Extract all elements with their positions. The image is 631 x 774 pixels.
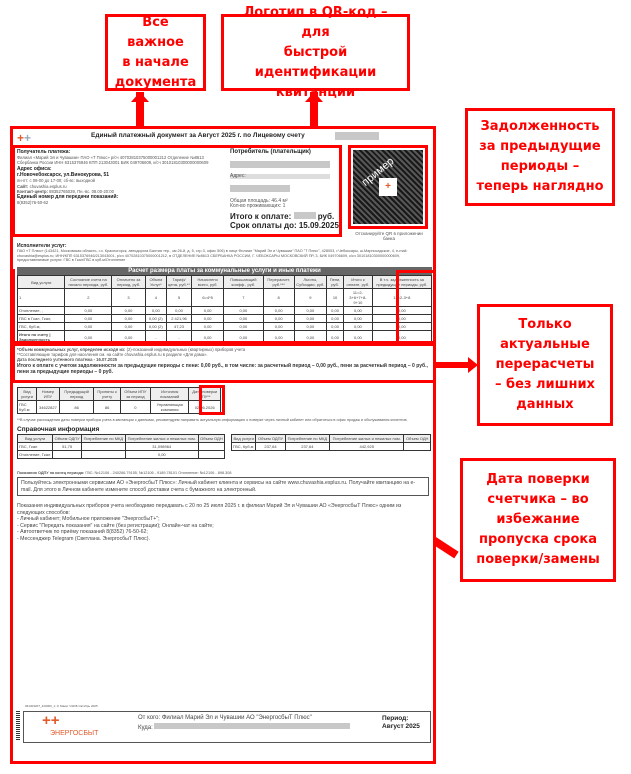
meter-header-row: Вид услугиНомер ИПУПредыдущий периодПрин… [18, 388, 221, 401]
table-row-cell: 31,098964 [125, 443, 198, 451]
consumer-name [230, 161, 330, 168]
footer-period-label: Период: [382, 715, 408, 722]
consumer-label: Потребитель (плательщик) [230, 149, 340, 155]
ref-header-row-cell: Объем ОДПУ [53, 435, 82, 443]
arrow-head-recalc [468, 357, 478, 373]
footer-period: Август 2025 [382, 723, 420, 730]
meter-row-cell: 0 [120, 401, 150, 414]
ref-header-row-cell: Вид услуги [232, 435, 256, 443]
meter-row-cell: ГВС Куб.м [18, 401, 37, 414]
footer-box: ++ ЭНЕРГОСБЫТ От кого: Филиал Марий Эл и… [23, 711, 431, 743]
single-number: 8(8352)76-50-62 [17, 200, 217, 205]
footer-to-address [154, 723, 350, 729]
ref-header-row-cell: Потребление по МКД [285, 435, 329, 443]
ref-header-row-cell: Объем ОДН [198, 435, 224, 443]
ref-header-row-cell: Потребление жилых и нежилых пом. [125, 435, 198, 443]
footer-brand: ЭНЕРГОСБЫТ [50, 730, 98, 737]
meter-row: ГВС Куб.м3462282786860Управляющая компан… [18, 401, 221, 414]
total-label: Итого к оплате: [230, 212, 291, 221]
meter-header-row-cell: Источник показаний [150, 388, 188, 401]
meter-note: **В случае расхождения даты поверки приб… [17, 418, 429, 423]
promo-box: Пользуйтесь электронными сервисами АО «Э… [17, 477, 429, 496]
reference-table-right: Вид услугиОбъем ОДПУПотребление по МКДПо… [231, 434, 431, 451]
logo-icon: ++ [17, 131, 31, 145]
callout-debt: Задолженность за предыдущие периоды – те… [465, 108, 615, 206]
table-row-cell [404, 443, 431, 451]
callout-qr-logo: Логотип в QR-код – для быстрой идентифик… [221, 14, 410, 91]
table-row-cell: 237,64 [285, 443, 329, 451]
bill-document: ++ Единый платежный документ за Август 2… [10, 126, 436, 764]
meter-header-row-cell: Номер ИПУ [37, 388, 60, 401]
account-number [335, 132, 379, 140]
meter-header-row-cell: Предыдущий период [59, 388, 94, 401]
arrow-head-up-mid [305, 92, 323, 102]
ref-header-row-cell: Вид услуги [18, 435, 53, 443]
table-row-cell: ГВС, Гкал [18, 443, 53, 451]
meter-row-cell: 86 [94, 401, 120, 414]
table-row-cell [198, 443, 224, 451]
ref-header-row: Вид услугиОбъем ОДПУПотребление по МКДПо… [18, 435, 225, 443]
instruction-item: - Мессенджер Telegram (Светлана. Энергос… [17, 536, 429, 543]
qr-code[interactable]: + пример [353, 150, 423, 224]
residents-count: Кол-во проживающих: 1 [230, 204, 340, 209]
meter-header-row-cell: Вид услуги [18, 388, 37, 401]
table-row-cell: ГВС, Куб.м [232, 443, 256, 451]
table-row: Отопление, Гкал0,00 [18, 451, 225, 459]
ref-header-row-cell: Потребление по МКД [82, 435, 126, 443]
table-row-cell: 51,75 [53, 443, 82, 451]
table-row-cell [82, 451, 126, 459]
footer-code: 061303207_420000_1; 0; Макет ЧЭСБ Октябр… [25, 704, 98, 709]
qr-caption: Отсканируйте QR в приложении банка [353, 231, 425, 241]
qr-logo-icon: + [379, 178, 397, 196]
callout-verification: Дата поверки счетчика – во избежание про… [460, 458, 616, 582]
reference-title: Справочная информация [17, 426, 99, 433]
callout-recalc: Только актуальные перерасчеты – без лишн… [477, 304, 613, 426]
verification-highlight [199, 385, 225, 415]
instructions-intro: Показания индивидуальных приборов учета … [17, 503, 429, 516]
callout-important-first: Всё важное в начале документа [105, 14, 206, 91]
table-row: ГВС, Куб.м237,64237,64442,925 [232, 443, 431, 451]
total-amount [294, 212, 316, 219]
consumer-block: Потребитель (плательщик) Адрес: Общая пл… [230, 149, 340, 230]
odpu-readings: Показания ОДПУ на конец периода: ГВС: №1… [17, 471, 231, 476]
meter-row-cell: 34622827 [37, 401, 60, 414]
arrow-head-up-left [131, 92, 149, 102]
address-label: Адрес: [230, 174, 330, 179]
ref-header-row-cell: Объем ОДПУ [256, 435, 285, 443]
notes-block: *Объем коммунальных услуг, определен исх… [17, 347, 429, 376]
meter-row-cell: Управляющая компания [150, 401, 188, 414]
barcode [16, 711, 20, 741]
ref-header-row: Вид услугиОбъем ОДПУПотребление по МКДПо… [232, 435, 431, 443]
recipient-block: Получатель платежа: Филиал «Марий Эл и Ч… [17, 149, 217, 205]
calc-highlight [12, 269, 436, 344]
executors-text: ПАО «Т Плюс» (143421, Московская область… [17, 249, 432, 263]
arrow-recalc [436, 362, 472, 368]
recipient-line2: Сбербанка России ИНН 6315376946 КПП 2130… [17, 160, 217, 165]
table-row-cell [198, 451, 224, 459]
ref-header-row-cell: Объем ОДН [404, 435, 431, 443]
instructions: Показания индивидуальных приборов учета … [17, 503, 429, 542]
table-row-cell: Отопление, Гкал [18, 451, 53, 459]
bill-title: Единый платежный документ за Август 2025… [91, 132, 305, 139]
ref-header-row-cell: Потребление жилых и нежилых пом. [330, 435, 404, 443]
consumer-address [230, 185, 290, 192]
currency: руб. [318, 212, 334, 221]
table-row-cell: 0,00 [125, 451, 198, 459]
meter-header-row-cell: Объем ИПУ за период [120, 388, 150, 401]
footer-from: От кого: Филиал Марий Эл и Чувашии АО "Э… [138, 715, 312, 721]
table-row-cell: 442,925 [330, 443, 404, 451]
table-row-cell: 237,64 [256, 443, 285, 451]
meter-row-cell: 86 [59, 401, 94, 414]
due-date: Срок оплаты до: 15.09.2025 [230, 221, 340, 230]
table-row: ГВС, Гкал51,7531,098964 [18, 443, 225, 451]
footer-logo-icon: ++ [42, 712, 60, 729]
footer-to-label: Куда: [138, 725, 153, 731]
meter-header-row-cell: Приняты к учету [94, 388, 120, 401]
table-row-cell [82, 443, 126, 451]
meter-table: Вид услугиНомер ИПУПредыдущий периодПрин… [17, 387, 221, 414]
table-row-cell [53, 451, 82, 459]
reference-table-left: Вид услугиОбъем ОДПУПотребление по МКДПо… [17, 434, 225, 459]
total-with-debt: Итого к оплате с учетом задолженности за… [17, 363, 429, 376]
